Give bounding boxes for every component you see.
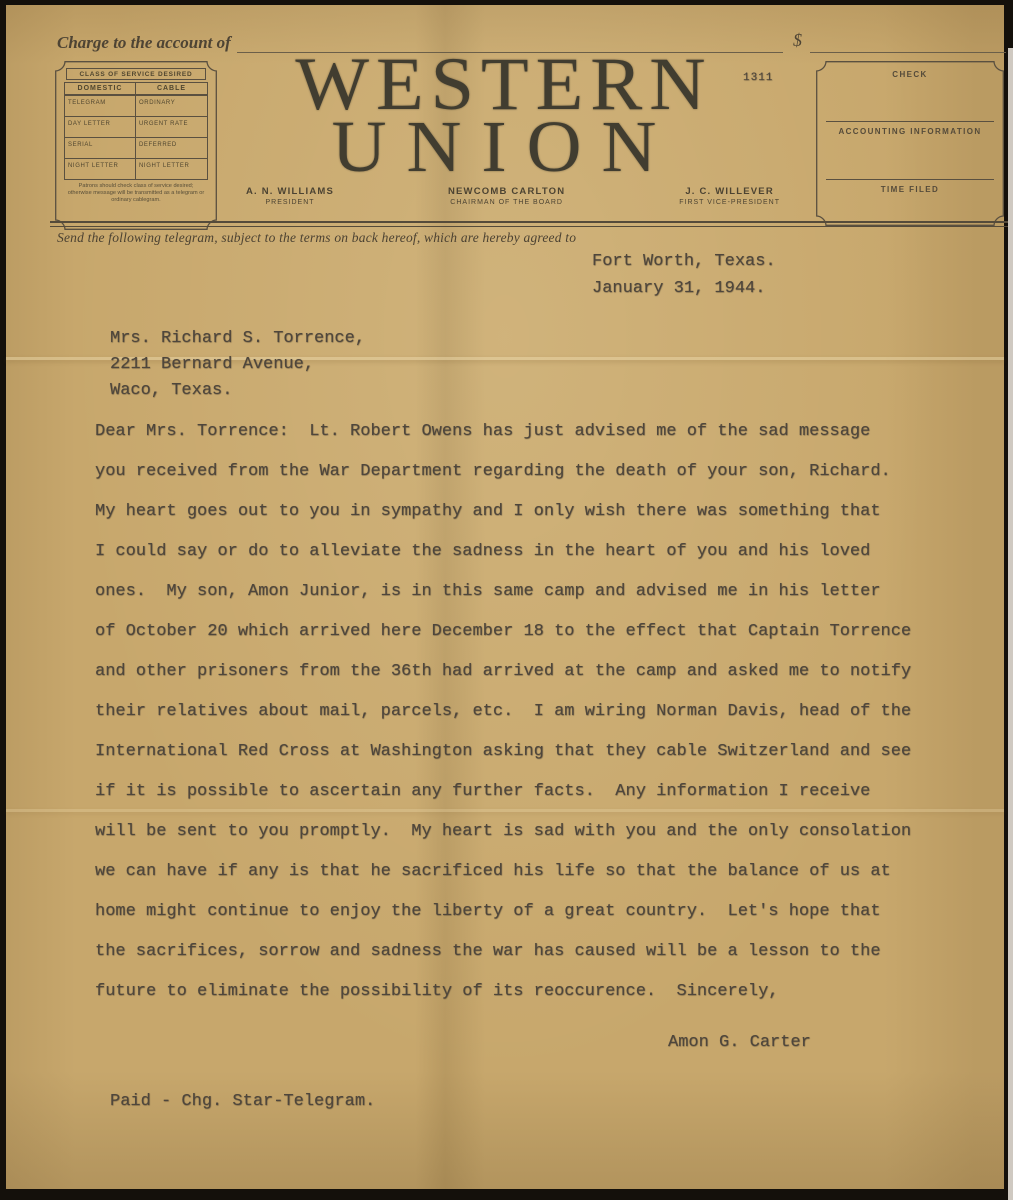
message-line: and other prisoners from the 36th had ar… — [95, 652, 911, 692]
message-line: if it is possible to ascertain any furth… — [95, 772, 911, 812]
officer: J. C. WILLEVER FIRST VICE-PRESIDENT — [679, 186, 780, 206]
dateline-line: January 31, 1944. — [592, 275, 776, 302]
service-option-cell: DAY LETTER — [65, 117, 136, 138]
message-line: home might continue to enjoy the liberty… — [95, 892, 911, 932]
message-line: the sacrifices, sorrow and sadness the w… — [95, 932, 911, 972]
column-header-cable: CABLE — [136, 83, 207, 95]
message-body: Dear Mrs. Torrence: Lt. Robert Owens has… — [95, 412, 911, 1012]
recipient-address: Mrs. Richard S. Torrence,2211 Bernard Av… — [110, 326, 365, 404]
message-line: ones. My son, Amon Junior, is in this sa… — [95, 572, 911, 612]
ticket-outline — [816, 61, 1004, 226]
header-rule — [50, 221, 1008, 223]
message-line: Dear Mrs. Torrence: Lt. Robert Owens has… — [95, 412, 911, 452]
signature: Amon G. Carter — [668, 1033, 811, 1052]
class-of-service-grid: DOMESTIC CABLE — [64, 82, 208, 96]
dateline-line: Fort Worth, Texas. — [592, 248, 776, 275]
class-of-service-cells: TELEGRAMORDINARYDAY LETTERURGENT RATESER… — [64, 96, 208, 180]
accounting-box: CHECKACCOUNTING INFORMATIONTIME FILED — [816, 61, 1004, 226]
scan-edge — [1008, 48, 1013, 1200]
company-officers: A. N. WILLIAMS PRESIDENT NEWCOMB CARLTON… — [246, 186, 780, 206]
message-line: My heart goes out to you in sympathy and… — [95, 492, 911, 532]
message-line: I could say or do to alleviate the sadne… — [95, 532, 911, 572]
payment-note: Paid - Chg. Star-Telegram. — [110, 1092, 375, 1111]
officer-title: PRESIDENT — [246, 199, 334, 206]
class-of-service-content: CLASS OF SERVICE DESIRED DOMESTIC CABLE … — [64, 68, 208, 223]
message-line: of October 20 which arrived here Decembe… — [95, 612, 911, 652]
service-option-cell: NIGHT LETTER — [136, 159, 207, 179]
recipient-line: Mrs. Richard S. Torrence, — [110, 326, 365, 352]
class-of-service-note: Patrons should check class of service de… — [64, 183, 208, 204]
dateline: Fort Worth, Texas.January 31, 1944. — [592, 248, 776, 302]
officer-name: J. C. WILLEVER — [679, 186, 780, 197]
recipient-line: Waco, Texas. — [110, 378, 365, 404]
message-line: you received from the War Department reg… — [95, 452, 911, 492]
logo-word-union: UNION — [243, 117, 765, 177]
officer-name: NEWCOMB CARLTON — [448, 186, 565, 197]
officer-title: CHAIRMAN OF THE BOARD — [448, 199, 565, 206]
recipient-line: 2211 Bernard Avenue, — [110, 352, 365, 378]
western-union-logo: WESTERN UNION — [243, 52, 765, 178]
message-line: International Red Cross at Washington as… — [95, 732, 911, 772]
message-line: we can have if any is that he sacrificed… — [95, 852, 911, 892]
service-option-cell: ORDINARY — [136, 96, 207, 117]
section-divider — [826, 179, 994, 180]
officer: A. N. WILLIAMS PRESIDENT — [246, 186, 334, 206]
accounting-box-section-label: TIME FILED — [816, 185, 1004, 194]
accounting-box-section-label: ACCOUNTING INFORMATION — [816, 127, 1004, 136]
accounting-box-section-label: CHECK — [816, 70, 1004, 79]
service-option-cell: DEFERRED — [136, 138, 207, 159]
charge-account-label: Charge to the account of — [57, 33, 231, 53]
telegram-scan: { "page": { "charge_label": "Charge to t… — [0, 0, 1013, 1200]
class-of-service-box: CLASS OF SERVICE DESIRED DOMESTIC CABLE … — [55, 61, 217, 230]
service-option-cell: SERIAL — [65, 138, 136, 159]
service-option-cell: TELEGRAM — [65, 96, 136, 117]
message-line: will be sent to you promptly. My heart i… — [95, 812, 911, 852]
logo-word-western: WESTERN — [243, 53, 765, 114]
class-of-service-title: CLASS OF SERVICE DESIRED — [66, 68, 206, 80]
message-line: future to eliminate the possibility of i… — [95, 972, 911, 1012]
officer: NEWCOMB CARLTON CHAIRMAN OF THE BOARD — [448, 186, 565, 206]
header-rule — [50, 226, 1008, 227]
message-line: their relatives about mail, parcels, etc… — [95, 692, 911, 732]
column-header-domestic: DOMESTIC — [65, 83, 136, 95]
section-divider — [826, 121, 994, 122]
officer-name: A. N. WILLIAMS — [246, 186, 334, 197]
send-telegram-terms-line: Send the following telegram, subject to … — [57, 230, 576, 246]
service-option-cell: NIGHT LETTER — [65, 159, 136, 179]
dollar-sign: $ — [793, 30, 802, 51]
officer-title: FIRST VICE-PRESIDENT — [679, 199, 780, 206]
service-option-cell: URGENT RATE — [136, 117, 207, 138]
amount-blank-line — [810, 52, 1006, 53]
